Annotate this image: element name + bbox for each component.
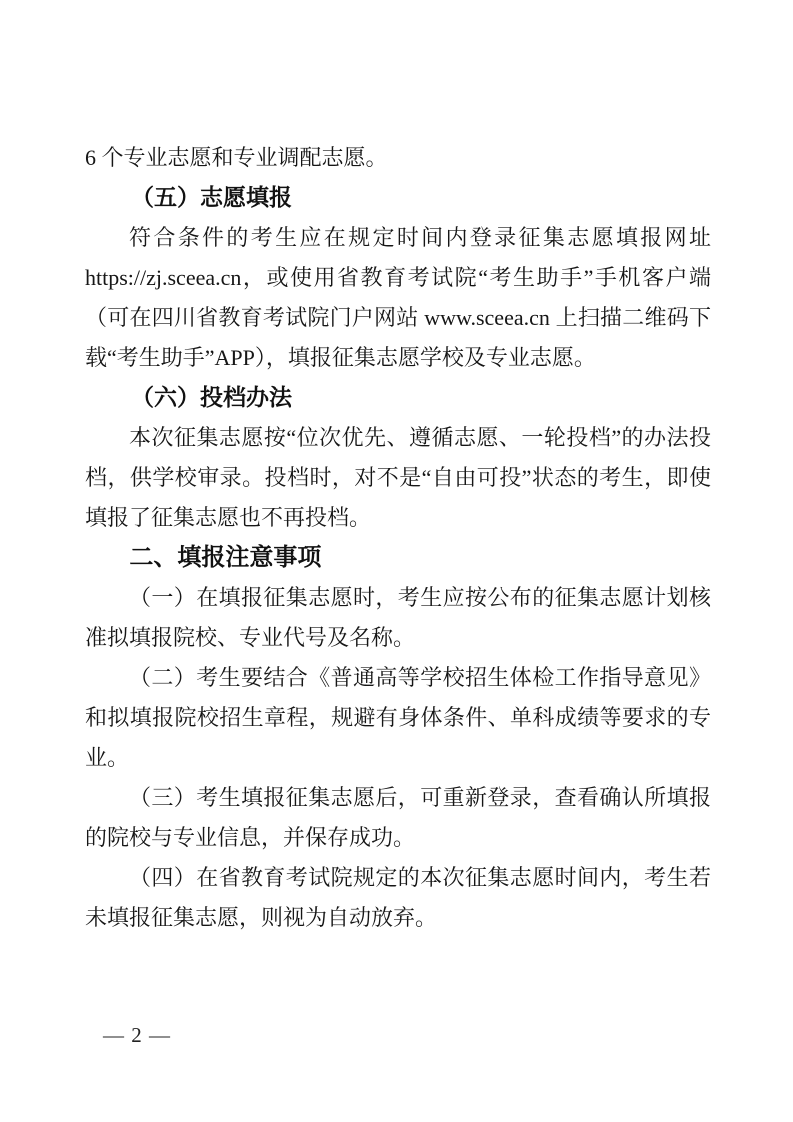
paragraph-note-3: （三）考生填报征集志愿后，可重新登录，查看确认所填报的院校与专业信息，并保存成功…	[85, 778, 711, 858]
paragraph-note-4: （四）在省教育考试院规定的本次征集志愿时间内，考生若未填报征集志愿，则视为自动放…	[85, 858, 711, 938]
document-page: 6 个专业志愿和专业调配志愿。 （五）志愿填报 符合条件的考生应在规定时间内登录…	[0, 0, 793, 1122]
paragraph-note-1: （一）在填报征集志愿时，考生应按公布的征集志愿计划核准拟填报院校、专业代号及名称…	[85, 578, 711, 658]
document-content: 6 个专业志愿和专业调配志愿。 （五）志愿填报 符合条件的考生应在规定时间内登录…	[85, 138, 711, 938]
paragraph-volunteer-filing: 符合条件的考生应在规定时间内登录征集志愿填报网址 https://zj.scee…	[85, 218, 711, 378]
heading-section-6-archiving-method: （六）投档办法	[85, 378, 711, 418]
paragraph-note-2: （二）考生要结合《普通高等学校招生体检工作指导意见》和拟填报院校招生章程，规避有…	[85, 658, 711, 778]
heading-part-2-filing-notes: 二、填报注意事项	[85, 538, 711, 578]
heading-section-5-volunteer-filing: （五）志愿填报	[85, 178, 711, 218]
paragraph-continuation: 6 个专业志愿和专业调配志愿。	[85, 138, 711, 178]
page-number: — 2 —	[103, 1021, 171, 1049]
paragraph-archiving-method: 本次征集志愿按“位次优先、遵循志愿、一轮投档”的办法投档，供学校审录。投档时，对…	[85, 418, 711, 538]
